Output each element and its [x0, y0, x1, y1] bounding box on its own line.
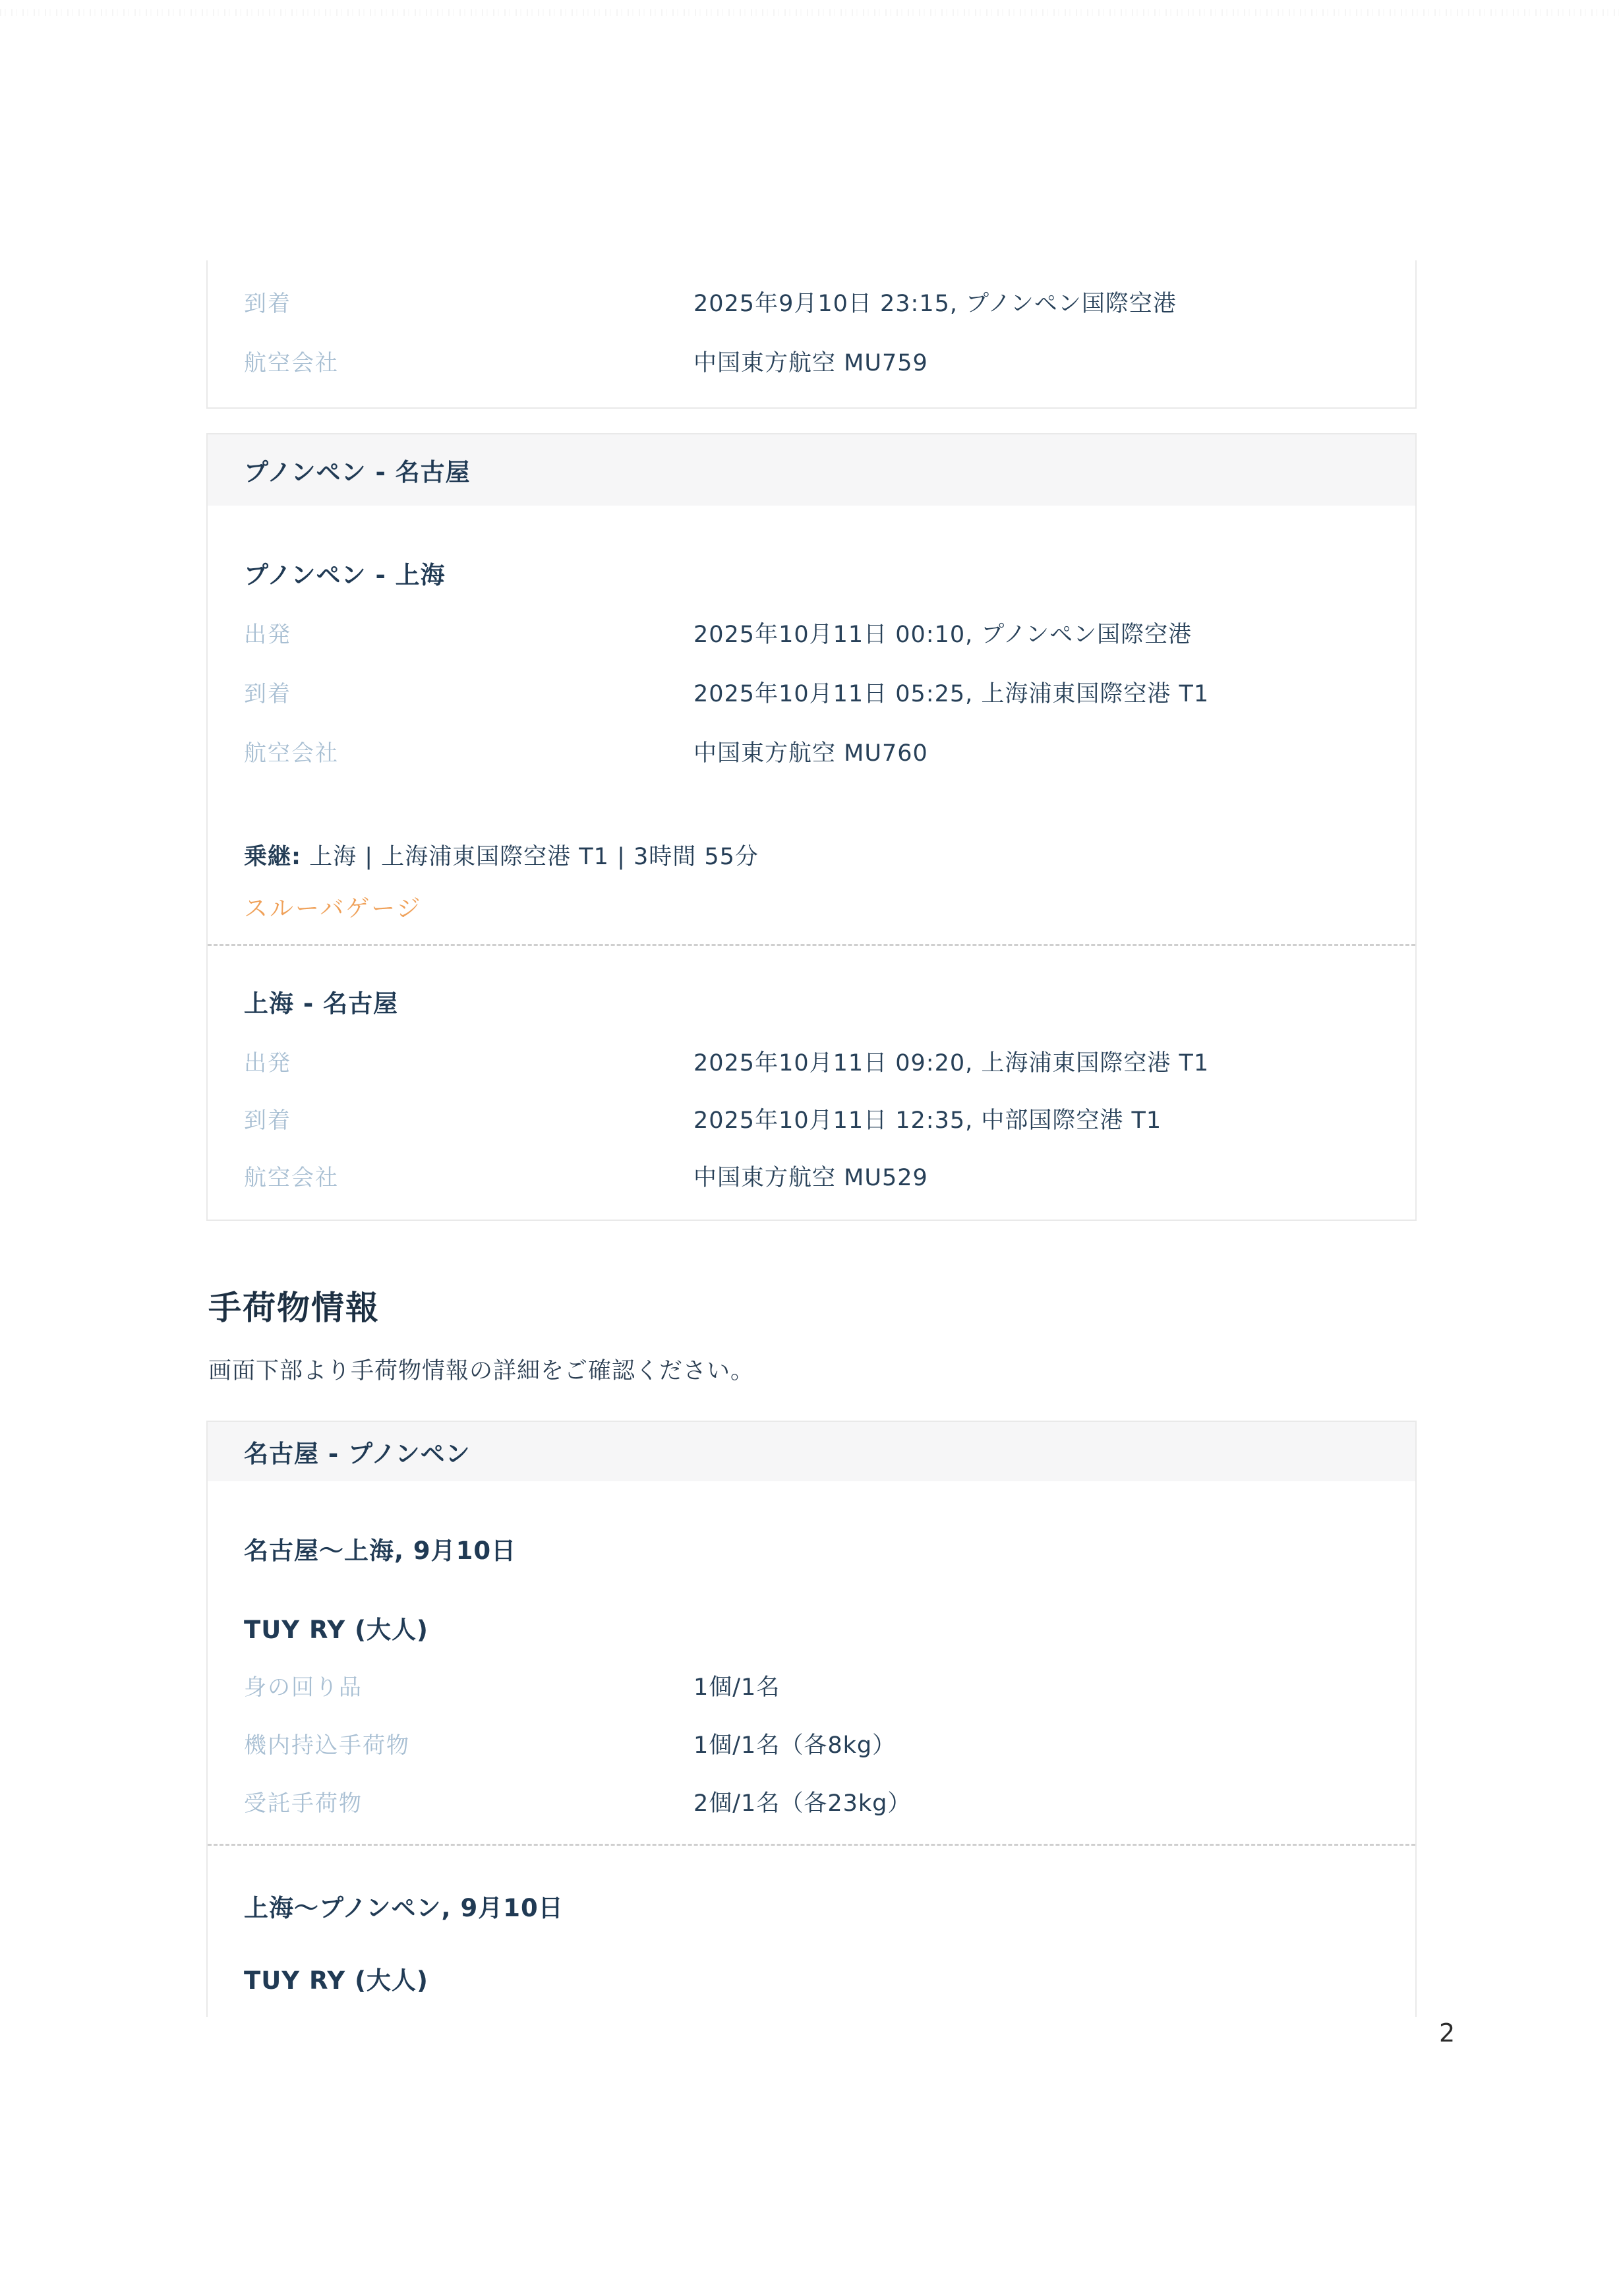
through-baggage-note: スルーバゲージ	[244, 890, 422, 924]
airline-row: 航空会社 中国東方航空 MU529	[244, 1160, 1389, 1191]
departure-label: 出発	[244, 1045, 291, 1077]
card-header-title: 名古屋 - プノンペン	[244, 1434, 471, 1469]
baggage-section-title: 手荷物情報	[208, 1281, 380, 1329]
passenger-name: TUY RY (大人)	[244, 1610, 428, 1645]
arrival-label: 到着	[244, 676, 291, 708]
airline-value: 中国東方航空 MU759	[693, 345, 928, 378]
carry-on-row: 機内持込手荷物 1個/1名（各8kg）	[244, 1727, 1389, 1759]
checked-baggage-row: 受託手荷物 2個/1名（各23kg）	[244, 1785, 1389, 1817]
page-number: 2	[1439, 2018, 1455, 2047]
departure-value: 2025年10月11日 09:20, 上海浦東国際空港 T1	[693, 1045, 1209, 1078]
carry-on-label: 機内持込手荷物	[244, 1727, 410, 1759]
airline-value: 中国東方航空 MU760	[693, 735, 928, 768]
airline-value: 中国東方航空 MU529	[693, 1160, 928, 1192]
checked-baggage-label: 受託手荷物	[244, 1785, 363, 1817]
checked-baggage-value: 2個/1名（各23kg）	[693, 1785, 911, 1818]
passenger-name: TUY RY (大人)	[244, 1960, 428, 1996]
arrival-label: 到着	[244, 1102, 291, 1134]
airline-label: 航空会社	[244, 1160, 339, 1192]
arrival-value: 2025年10月11日 12:35, 中部国際空港 T1	[693, 1102, 1162, 1135]
departure-label: 出発	[244, 616, 291, 649]
flight-card-phnompenh-nagoya: プノンペン - 名古屋 プノンペン - 上海 出発 2025年10月11日 00…	[206, 433, 1417, 1221]
flight-card-partial: 到着 2025年9月10日 23:15, プノンペン国際空港 航空会社 中国東方…	[206, 260, 1417, 409]
arrival-label: 到着	[244, 285, 291, 318]
departure-value: 2025年10月11日 00:10, プノンペン国際空港	[693, 616, 1192, 649]
baggage-group-title-nagoya-shanghai: 名古屋〜上海, 9月10日	[244, 1531, 516, 1566]
airline-row: 航空会社 中国東方航空 MU760	[244, 735, 1389, 767]
card-header-title: プノンペン - 名古屋	[244, 452, 471, 488]
personal-item-value: 1個/1名	[693, 1669, 780, 1702]
card-header: 名古屋 - プノンペン	[208, 1422, 1415, 1481]
baggage-group-divider	[208, 1844, 1415, 1846]
departure-row: 出発 2025年10月11日 00:10, プノンペン国際空港	[244, 616, 1389, 648]
arrival-row: 到着 2025年9月10日 23:15, プノンペン国際空港	[244, 285, 1389, 317]
arrival-value: 2025年9月10日 23:15, プノンペン国際空港	[693, 285, 1177, 318]
document-page: 到着 2025年9月10日 23:15, プノンペン国際空港 航空会社 中国東方…	[0, 0, 1619, 2296]
card-header: プノンペン - 名古屋	[208, 434, 1415, 506]
personal-item-label: 身の回り品	[244, 1669, 363, 1701]
arrival-row: 到着 2025年10月11日 12:35, 中部国際空港 T1	[244, 1102, 1389, 1134]
carry-on-value: 1個/1名（各8kg）	[693, 1727, 896, 1760]
baggage-group-title-shanghai-phnompenh: 上海〜プノンペン, 9月10日	[244, 1888, 564, 1924]
airline-label: 航空会社	[244, 735, 339, 767]
baggage-section-description: 画面下部より手荷物情報の詳細をご確認ください。	[208, 1353, 754, 1386]
departure-row: 出発 2025年10月11日 09:20, 上海浦東国際空港 T1	[244, 1045, 1389, 1076]
segment-title-phnompenh-shanghai: プノンペン - 上海	[244, 555, 446, 591]
arrival-row: 到着 2025年10月11日 05:25, 上海浦東国際空港 T1	[244, 676, 1389, 707]
airline-row: 航空会社 中国東方航空 MU759	[244, 345, 1389, 376]
segment-divider	[208, 944, 1415, 946]
baggage-card-nagoya-phnompenh: 名古屋 - プノンペン 名古屋〜上海, 9月10日 TUY RY (大人) 身の…	[206, 1421, 1417, 2017]
airline-label: 航空会社	[244, 345, 339, 377]
transfer-label: 乗継:	[244, 844, 301, 870]
scan-noise-texture	[0, 9, 1619, 16]
transfer-detail: 上海 | 上海浦東国際空港 T1 | 3時間 55分	[301, 844, 759, 870]
transfer-info: 乗継: 上海 | 上海浦東国際空港 T1 | 3時間 55分	[244, 839, 759, 871]
personal-item-row: 身の回り品 1個/1名	[244, 1669, 1389, 1701]
arrival-value: 2025年10月11日 05:25, 上海浦東国際空港 T1	[693, 676, 1209, 709]
segment-title-shanghai-nagoya: 上海 - 名古屋	[244, 984, 398, 1019]
